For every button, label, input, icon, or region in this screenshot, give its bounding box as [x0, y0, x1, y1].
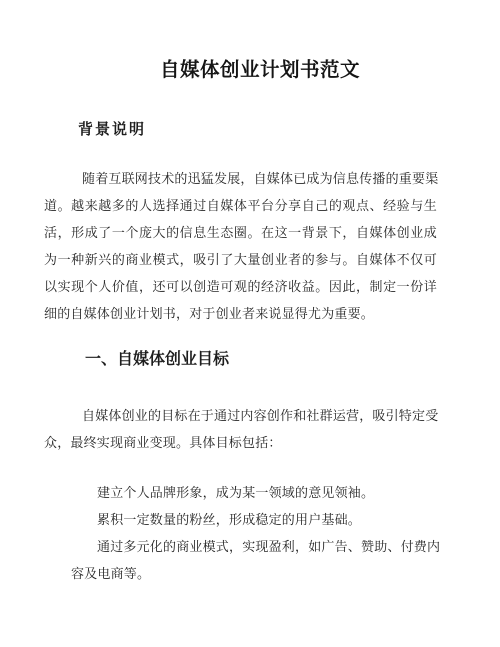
goals-paragraph: 自媒体创业的目标在于通过内容创作和社群运营，吸引特定受众，最终实现商业变现。具体…: [44, 402, 437, 456]
goals-paragraph-line-1: 自媒体创业的目标在于通过内容创作和社群运营，吸引特定受: [44, 402, 437, 429]
document-content: 背景说明随着互联网技术的迅猛发展，自媒体已成为信息传播的重要渠道。越来越多的人选…: [0, 120, 500, 587]
goals-list-line-2: 累积一定数量的粉丝，形成稳定的用户基础。: [44, 506, 437, 533]
goals-list-line-1: 建立个人品牌形象，成为某一领域的意见领袖。: [44, 479, 437, 506]
goals-paragraph-line-2: 众，最终实现商业变现。具体目标包括：: [44, 429, 437, 456]
section-heading-background: 背景说明: [44, 120, 437, 140]
background-paragraph-line-6: 细的自媒体创业计划书，对于创业者来说显得尤为重要。: [44, 300, 437, 327]
goals-list: 建立个人品牌形象，成为某一领域的意见领袖。累积一定数量的粉丝，形成稳定的用户基础…: [44, 479, 437, 587]
background-paragraph-line-3: 活，形成了一个庞大的信息生态圈。在这一背景下，自媒体创业成: [44, 219, 437, 246]
background-paragraph-line-1: 随着互联网技术的迅猛发展，自媒体已成为信息传播的重要渠: [44, 165, 437, 192]
document-title: 自媒体创业计划书范文: [0, 0, 500, 84]
background-paragraph-line-4: 为一种新兴的商业模式，吸引了大量创业者的参与。自媒体不仅可: [44, 246, 437, 273]
goals-list-line-4: 容及电商等。: [44, 560, 437, 587]
goals-list-line-3: 通过多元化的商业模式，实现盈利，如广告、赞助、付费内: [44, 533, 437, 560]
background-paragraph: 随着互联网技术的迅猛发展，自媒体已成为信息传播的重要渠道。越来越多的人选择通过自…: [44, 165, 437, 327]
section-heading-goals: 一、自媒体创业目标: [44, 349, 437, 371]
background-paragraph-line-5: 以实现个人价值，还可以创造可观的经济收益。因此，制定一份详: [44, 273, 437, 300]
document-page: 自媒体创业计划书范文 背景说明随着互联网技术的迅猛发展，自媒体已成为信息传播的重…: [0, 0, 500, 647]
background-paragraph-line-2: 道。越来越多的人选择通过自媒体平台分享自己的观点、经验与生: [44, 192, 437, 219]
